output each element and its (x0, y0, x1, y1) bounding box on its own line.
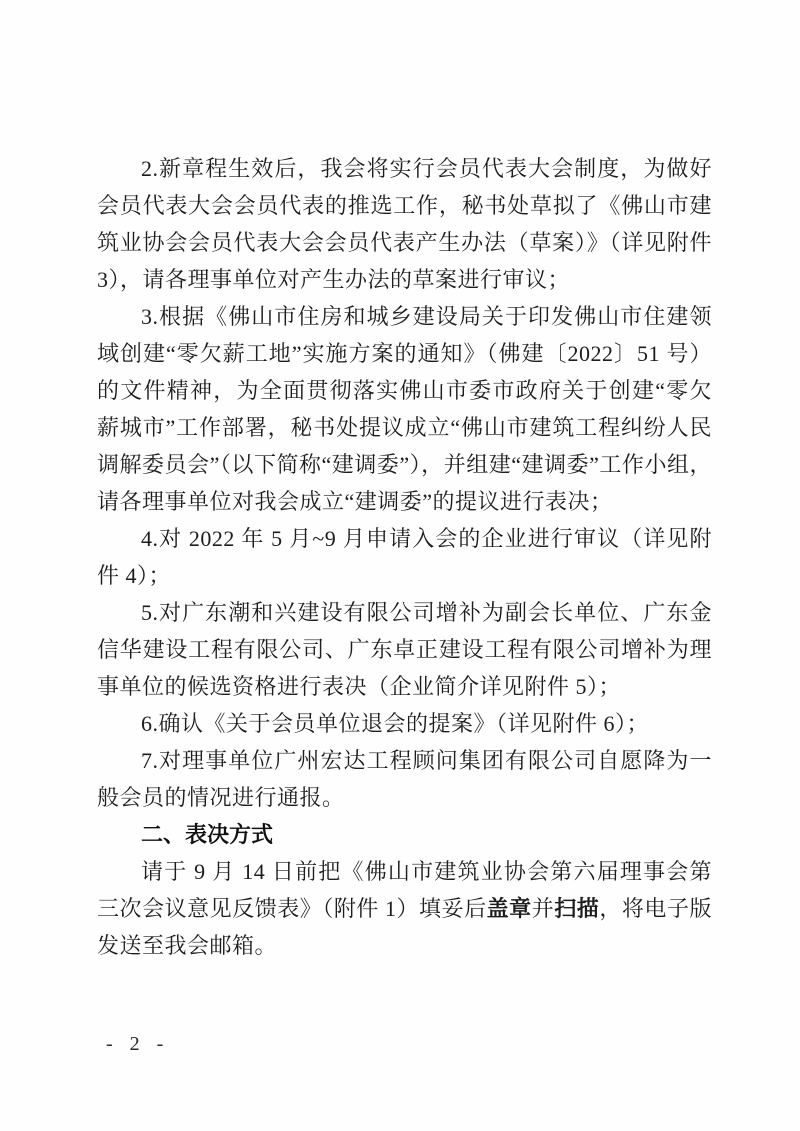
closing-text-segment-scan: 扫描 (554, 896, 599, 921)
closing-paragraph: 请于 9 月 14 日前把《佛山市建筑业协会第六届理事会第三次会议意见反馈表》（… (97, 853, 712, 964)
agenda-item-4: 4.对 2022 年 5 月~9 月申请入会的企业进行审议（详见附件 4）； (97, 520, 712, 594)
closing-text-segment-stamp: 盖章 (487, 896, 532, 921)
agenda-item-7: 7.对理事单位广州宏达工程顾问集团有限公司自愿降为一般会员的情况进行通报。 (97, 742, 712, 816)
closing-text-segment: 并 (532, 896, 555, 921)
agenda-item-2: 2.新章程生效后，我会将实行会员代表大会制度，为做好会员代表大会会员代表的推选工… (97, 150, 712, 298)
agenda-item-3: 3.根据《佛山市住房和城乡建设局关于印发佛山市住建领域创建“零欠薪工地”实施方案… (97, 298, 712, 520)
agenda-item-5: 5.对广东潮和兴建设有限公司增补为副会长单位、广东金信华建设工程有限公司、广东卓… (97, 594, 712, 705)
page-number: - 2 - (106, 1033, 169, 1056)
agenda-item-6: 6.确认《关于会员单位退会的提案》（详见附件 6）； (97, 705, 712, 742)
document-body: 2.新章程生效后，我会将实行会员代表大会制度，为做好会员代表大会会员代表的推选工… (97, 150, 712, 964)
section-heading-voting-method: 二、表决方式 (97, 816, 712, 853)
document-page: 2.新章程生效后，我会将实行会员代表大会制度，为做好会员代表大会会员代表的推选工… (0, 0, 800, 1131)
